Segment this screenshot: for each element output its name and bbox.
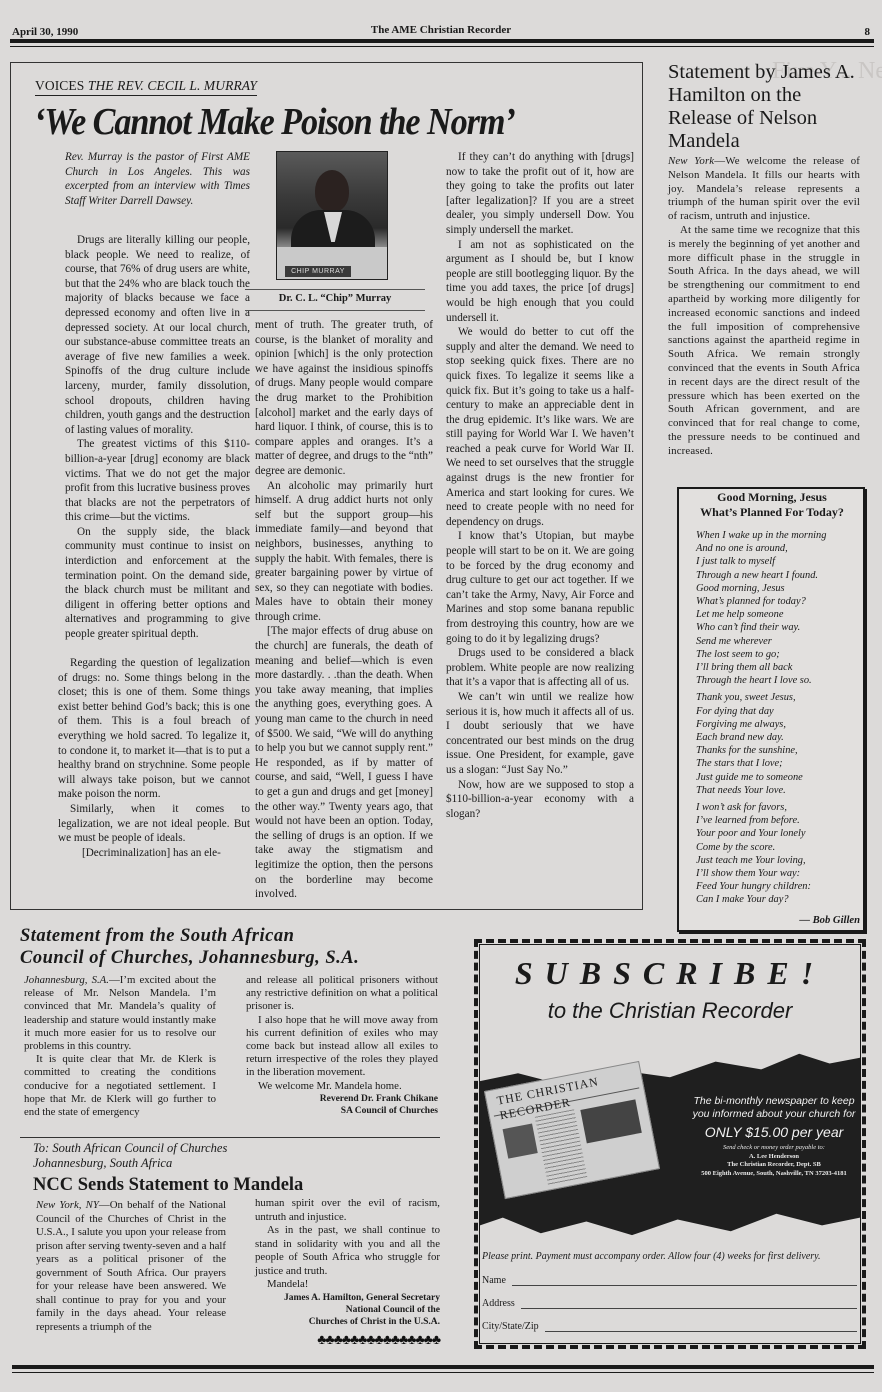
dateline: New York, NY (36, 1199, 99, 1211)
poem-line: Forgiving me always, (696, 718, 864, 731)
paragraph: At the same time we recognize that this … (668, 224, 860, 459)
name-input-line[interactable] (512, 1276, 857, 1286)
paragraph: and release all political prisoners with… (246, 974, 438, 1014)
subscribe-tagline: The bi-monthly newspaper to keep you inf… (688, 1095, 860, 1121)
signature-line: James A. Hamilton, General Secretary (255, 1292, 440, 1304)
poem-line: Can I make Your day? (696, 893, 864, 906)
article-column-1: Drugs are literally killing our people, … (65, 233, 250, 642)
paragraph: ment of truth. The greater truth, of cou… (255, 318, 433, 479)
article-intro: Rev. Murray is the pastor of First AME C… (65, 150, 250, 208)
poem-line: Who can’t find their way. (696, 621, 864, 634)
paragraph: It is quite clear that Mr. de Klerk is c… (24, 1053, 216, 1119)
signature-line: National Council of the (255, 1304, 440, 1316)
sacc-column-2: and release all political prisoners with… (246, 974, 438, 1117)
sacc-statement-title: Statement from the South African Council… (20, 925, 470, 969)
poem-line: I’ll show them Your way: (696, 867, 864, 880)
ornament-row-icon: ♣♣♣♣♣♣♣♣♣♣♣♣♣♣♣ (255, 1333, 440, 1349)
hamilton-statement-body: New York—We welcome the release of Nelso… (668, 155, 860, 459)
paragraph: human spirit over the evil of racism, un… (255, 1197, 440, 1224)
dateline: Johannesburg, S.A. (24, 974, 109, 986)
paragraph: Drugs are literally killing our people, … (65, 233, 250, 437)
header-rule-thin (10, 46, 874, 47)
paragraph: The greatest victims of this $110-billio… (65, 437, 250, 525)
payable-note: Send check or money order payable to: (688, 1144, 860, 1153)
subscribe-title: SUBSCRIBE! (474, 955, 866, 992)
paragraph: On the supply side, the black community … (65, 525, 250, 642)
poem-line: And no one is around, (696, 542, 864, 555)
paragraph: We can’t win until we realize how seriou… (446, 690, 634, 778)
field-label: Address (482, 1298, 515, 1309)
paragraph: I also hope that he will move away from … (246, 1014, 438, 1080)
poem-line: Come by the score. (696, 841, 864, 854)
poem-line: That needs Your love. (696, 784, 864, 797)
article-headline: ‘We Cannot Make Poison the Norm’ (34, 100, 574, 144)
poem-line: Through a new heart I found. (696, 569, 864, 582)
subscribe-mailing-info: Send check or money order payable to: A.… (688, 1144, 860, 1178)
field-label: Name (482, 1275, 506, 1286)
paragraph: Regarding the question of legalization o… (58, 656, 250, 802)
ncc-statement-title: NCC Sends Statement to Mandela (33, 1175, 453, 1196)
signature-line: SA Council of Churches (246, 1105, 438, 1117)
photo-nameplate: CHIP MURRAY (285, 266, 351, 277)
poem-line: When I wake up in the morning (696, 529, 864, 542)
name-field[interactable]: Name (482, 1275, 857, 1286)
poem-stanza-2: Thank you, sweet Jesus, For dying that d… (696, 691, 864, 797)
poem-line: The stars that I love; (696, 757, 864, 770)
thumbnail-photo (503, 1124, 538, 1159)
poem-title-line-1: Good Morning, Jesus (681, 490, 863, 505)
paragraph: I know that’s Utopian, but maybe people … (446, 529, 634, 646)
paragraph-text: —On behalf of the National Council of th… (36, 1199, 226, 1333)
paragraph: [The major effects of drug abuse on the … (255, 624, 433, 901)
paragraph: Now, how are we supposed to stop a $110-… (446, 778, 634, 822)
ncc-addressee: To: South African Council of Churches Jo… (33, 1141, 433, 1171)
thumbnail-text-lines (535, 1109, 588, 1185)
addressee-line: To: South African Council of Churches (33, 1141, 433, 1156)
poem-stanza-1: When I wake up in the morning And no one… (696, 529, 864, 687)
city-state-zip-field[interactable]: City/State/Zip (482, 1321, 857, 1332)
addressee-line: Johannesburg, South Africa (33, 1156, 433, 1171)
poem-author: — Bob Gillen (760, 915, 860, 926)
poem-line: I won’t ask for favors, (696, 801, 864, 814)
subscribe-price: ONLY $15.00 per year (688, 1124, 860, 1140)
poem-line: Good morning, Jesus (696, 582, 864, 595)
section-divider (20, 1137, 440, 1138)
address-line: The Christian Recorder, Dept. SB (688, 1161, 860, 1170)
poem-text: When I wake up in the morning And no one… (696, 529, 864, 911)
header-rule-thick (10, 39, 874, 43)
hamilton-statement-title: Statement by James A. Hamilton on the Re… (668, 61, 868, 153)
portrait-photo: CHIP MURRAY (276, 151, 388, 280)
dateline: New York (668, 155, 714, 167)
address-line: 500 Eighth Avenue, South, Nashville, TN … (688, 1170, 860, 1179)
article-column-2: ment of truth. The greater truth, of cou… (255, 318, 433, 902)
article-column-3: If they can’t do anything with [drugs] n… (446, 150, 634, 821)
footer-rule-thin (12, 1372, 874, 1373)
poem-title: Good Morning, Jesus What’s Planned For T… (681, 490, 863, 520)
address-input-line[interactable] (521, 1299, 857, 1309)
paragraph: Johannesburg, S.A.—I’m excited about the… (24, 974, 216, 1053)
article-column-1-continued: Regarding the question of legalization o… (58, 656, 250, 860)
thumbnail-photo (580, 1099, 641, 1143)
poem-stanza-3: I won’t ask for favors, I’ve learned fro… (696, 801, 864, 907)
title-line: Statement from the South African (20, 925, 470, 947)
title-line: Council of Churches, Johannesburg, S.A. (20, 947, 470, 969)
paragraph: Drugs used to be considered a black prob… (446, 646, 634, 690)
paragraph: I am not as sophisticated on the argumen… (446, 238, 634, 326)
sacc-column-1: Johannesburg, S.A.—I’m excited about the… (24, 974, 216, 1119)
ncc-column-1: New York, NY—On behalf of the National C… (36, 1199, 226, 1334)
city-state-zip-input-line[interactable] (545, 1322, 857, 1332)
poem-line: Send me wherever (696, 635, 864, 648)
poem-line: I’ve learned from before. (696, 814, 864, 827)
paragraph: Mandela! (255, 1278, 440, 1292)
poem-line: Thanks for the sunshine, (696, 744, 864, 757)
paragraph: An alcoholic may primarily hurt himself.… (255, 479, 433, 625)
poem-line: Thank you, sweet Jesus, (696, 691, 864, 704)
subscribe-instructions: Please print. Payment must accompany ord… (482, 1251, 862, 1262)
poem-line: Just guide me to someone (696, 771, 864, 784)
article-kicker: VOICES THE REV. CECIL L. MURRAY (35, 78, 257, 96)
address-field[interactable]: Address (482, 1298, 857, 1309)
poem-title-line-2: What’s Planned For Today? (681, 505, 863, 520)
sacc-signature: Reverend Dr. Frank Chikane SA Council of… (246, 1093, 438, 1117)
publication-title: The AME Christian Recorder (0, 24, 882, 36)
ncc-signature: James A. Hamilton, General Secretary Nat… (255, 1292, 440, 1328)
poem-line: Through the heart I love so. (696, 674, 864, 687)
poem-line: The lost seem to go; (696, 648, 864, 661)
paragraph: If they can’t do anything with [drugs] n… (446, 150, 634, 238)
paragraph: We would do better to cut off the supply… (446, 325, 634, 529)
subscribe-subtitle: to the Christian Recorder (474, 998, 866, 1024)
poem-line: I’ll bring them all back (696, 661, 864, 674)
paragraph: [Decriminalization] has an ele- (58, 846, 250, 861)
poem-line: What’s planned for today? (696, 595, 864, 608)
caption-rule (245, 310, 425, 311)
signature-line: Reverend Dr. Frank Chikane (246, 1093, 438, 1105)
poem-line: For dying that day (696, 705, 864, 718)
page-number: 8 (865, 26, 871, 38)
poem-line: Feed Your hungry children: (696, 880, 864, 893)
paragraph: As in the past, we shall continue to sta… (255, 1224, 440, 1278)
field-label: City/State/Zip (482, 1321, 539, 1332)
kicker-prefix: VOICES (35, 78, 84, 93)
kicker-name: THE REV. CECIL L. MURRAY (88, 78, 257, 93)
caption-rule (245, 289, 425, 290)
ncc-column-2: human spirit over the evil of racism, un… (255, 1197, 440, 1328)
signature-line: Churches of Christ in the U.S.A. (255, 1316, 440, 1328)
footer-rule-thick (12, 1365, 874, 1369)
poem-line: Your poor and Your lonely (696, 827, 864, 840)
photo-caption: Dr. C. L. “Chip” Murray (245, 293, 425, 304)
payee: A. Lee Henderson (688, 1153, 860, 1162)
paragraph: Similarly, when it comes to legalization… (58, 802, 250, 846)
paragraph: We welcome Mr. Mandela home. (246, 1080, 438, 1093)
paragraph: New York—We welcome the release of Nelso… (668, 155, 860, 224)
poem-line: I just talk to myself (696, 555, 864, 568)
poem-line: Let me help someone (696, 608, 864, 621)
poem-line: Just teach me Your loving, (696, 854, 864, 867)
photo-head (315, 170, 349, 212)
poem-line: Each brand new day. (696, 731, 864, 744)
